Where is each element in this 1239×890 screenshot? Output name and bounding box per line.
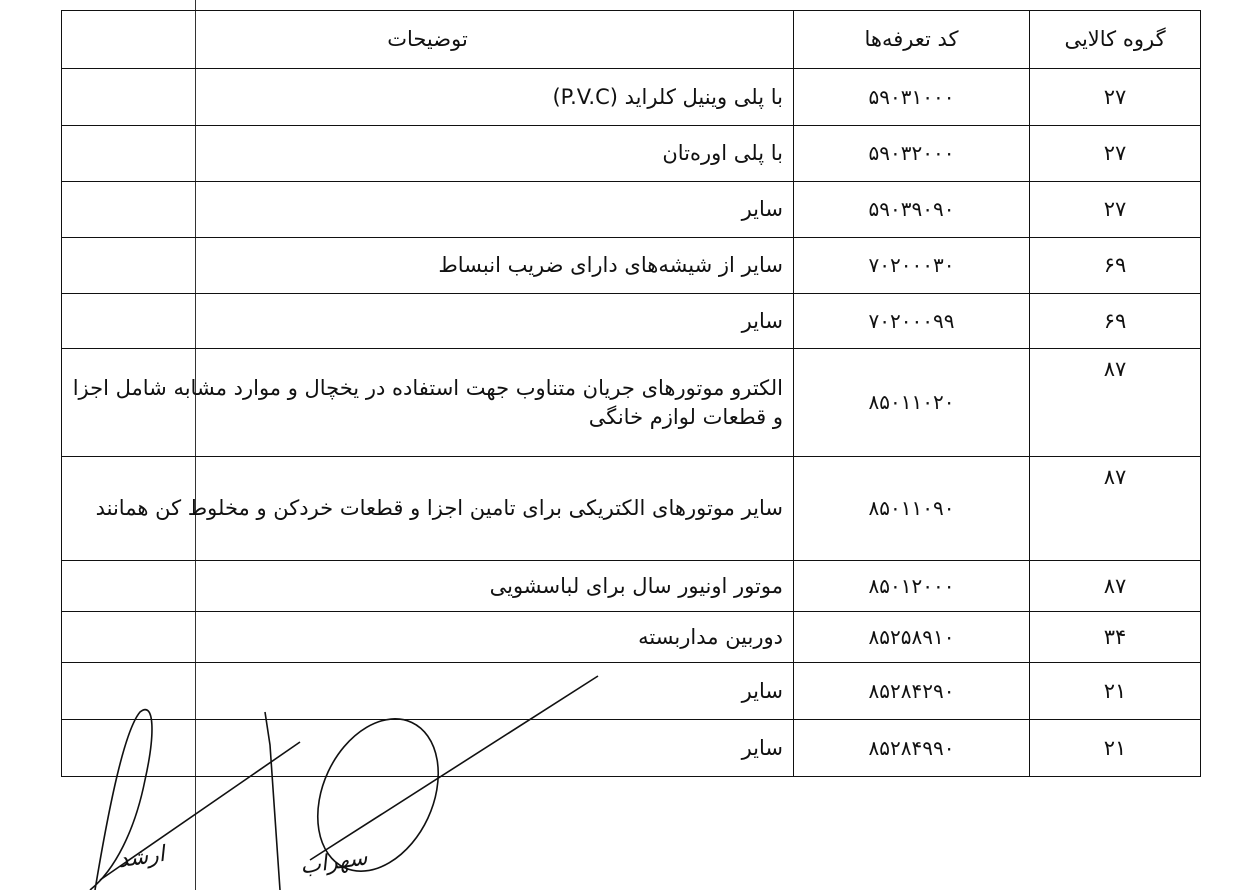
tariff-code: ۸۵۰۱۱۰۲۰ <box>869 390 955 414</box>
cell-description: سایر <box>62 663 794 720</box>
tariff-code: ۵۹۰۳۲۰۰۰ <box>869 141 955 165</box>
cell-description: موتور اونیور سال برای لباسشویی <box>62 561 794 612</box>
tariff-code: ۵۹۰۳۹۰۹۰ <box>869 197 955 221</box>
tariff-code: ۸۵۰۱۲۰۰۰ <box>869 574 955 598</box>
table-row: ۲۱۸۵۲۸۴۲۹۰سایر <box>62 663 1201 720</box>
table-row: ۲۷۵۹۰۳۲۰۰۰با پلی اوره‌تان <box>62 126 1201 182</box>
header-description: توضیحات <box>62 11 794 69</box>
cell-description: الکترو موتورهای جریان متناوب جهت استفاده… <box>62 349 794 457</box>
header-description-text: توضیحات <box>387 27 468 51</box>
signature-right: سهراب <box>299 845 369 879</box>
signature-left: ارشد <box>116 842 166 873</box>
cell-group: ۸۷ <box>1030 561 1201 612</box>
cell-description: سایر از شیشه‌های دارای ضریب انبساط <box>62 238 794 294</box>
header-group: گروه کالایی <box>1030 11 1201 69</box>
cell-code: ۸۵۰۱۱۰۲۰ <box>794 349 1030 457</box>
tariff-code: ۷۰۲۰۰۰۳۰ <box>869 253 955 277</box>
cell-code: ۷۰۲۰۰۰۹۹ <box>794 294 1030 349</box>
cell-code: ۸۵۰۱۱۰۹۰ <box>794 457 1030 561</box>
table-row: ۳۴۸۵۲۵۸۹۱۰دوربین مداربسته <box>62 612 1201 663</box>
cell-group: ۶۹ <box>1030 294 1201 349</box>
table-header-row: گروه کالایی کد تعرفه‌ها توضیحات <box>62 11 1201 69</box>
table-row: ۸۷۸۵۰۱۱۰۲۰الکترو موتورهای جریان متناوب ج… <box>62 349 1201 457</box>
table-row: ۲۱۸۵۲۸۴۹۹۰سایر <box>62 720 1201 777</box>
cell-code: ۸۵۰۱۲۰۰۰ <box>794 561 1030 612</box>
cell-code: ۸۵۲۸۴۲۹۰ <box>794 663 1030 720</box>
cell-group: ۲۷ <box>1030 69 1201 126</box>
tariff-code: ۸۵۲۸۴۲۹۰ <box>869 679 955 703</box>
table-body: ۲۷۵۹۰۳۱۰۰۰با پلی وینیل کلراید (P.V.C)۲۷۵… <box>62 69 1201 777</box>
cell-description: سایر <box>62 720 794 777</box>
tariff-code: ۸۵۲۵۸۹۱۰ <box>869 625 955 649</box>
cell-description: سایر <box>62 294 794 349</box>
cell-code: ۵۹۰۳۲۰۰۰ <box>794 126 1030 182</box>
cell-code: ۷۰۲۰۰۰۳۰ <box>794 238 1030 294</box>
header-code: کد تعرفه‌ها <box>794 11 1030 69</box>
tariff-code: ۵۹۰۳۱۰۰۰ <box>869 85 955 109</box>
tariff-code: ۸۵۰۱۱۰۹۰ <box>869 496 955 520</box>
table-row: ۶۹۷۰۲۰۰۰۹۹سایر <box>62 294 1201 349</box>
cell-group: ۲۱ <box>1030 663 1201 720</box>
cell-description: دوربین مداربسته <box>62 612 794 663</box>
table-row: ۲۷۵۹۰۳۱۰۰۰با پلی وینیل کلراید (P.V.C) <box>62 69 1201 126</box>
table-row: ۶۹۷۰۲۰۰۰۳۰سایر از شیشه‌های دارای ضریب ان… <box>62 238 1201 294</box>
cell-description: سایر موتورهای الکتریکی برای تامین اجزا و… <box>62 457 794 561</box>
cell-description: با پلی وینیل کلراید (P.V.C) <box>62 69 794 126</box>
cell-description: سایر <box>62 182 794 238</box>
tariff-code: ۸۵۲۸۴۹۹۰ <box>869 736 955 760</box>
table-row: ۲۷۵۹۰۳۹۰۹۰سایر <box>62 182 1201 238</box>
cell-group: ۳۴ <box>1030 612 1201 663</box>
cell-code: ۸۵۲۸۴۹۹۰ <box>794 720 1030 777</box>
tariff-code: ۷۰۲۰۰۰۹۹ <box>869 309 955 333</box>
tariff-table: گروه کالایی کد تعرفه‌ها توضیحات ۲۷۵۹۰۳۱۰… <box>61 10 1201 777</box>
cell-code: ۵۹۰۳۱۰۰۰ <box>794 69 1030 126</box>
cell-group: ۲۷ <box>1030 182 1201 238</box>
table-row: ۸۷۸۵۰۱۱۰۹۰سایر موتورهای الکتریکی برای تا… <box>62 457 1201 561</box>
cell-group: ۲۷ <box>1030 126 1201 182</box>
cell-group: ۸۷ <box>1030 349 1201 457</box>
cell-description: با پلی اوره‌تان <box>62 126 794 182</box>
cell-group: ۸۷ <box>1030 457 1201 561</box>
table-row: ۸۷۸۵۰۱۲۰۰۰موتور اونیور سال برای لباسشویی <box>62 561 1201 612</box>
cell-code: ۸۵۲۵۸۹۱۰ <box>794 612 1030 663</box>
cell-group: ۲۱ <box>1030 720 1201 777</box>
cell-group: ۶۹ <box>1030 238 1201 294</box>
cell-code: ۵۹۰۳۹۰۹۰ <box>794 182 1030 238</box>
